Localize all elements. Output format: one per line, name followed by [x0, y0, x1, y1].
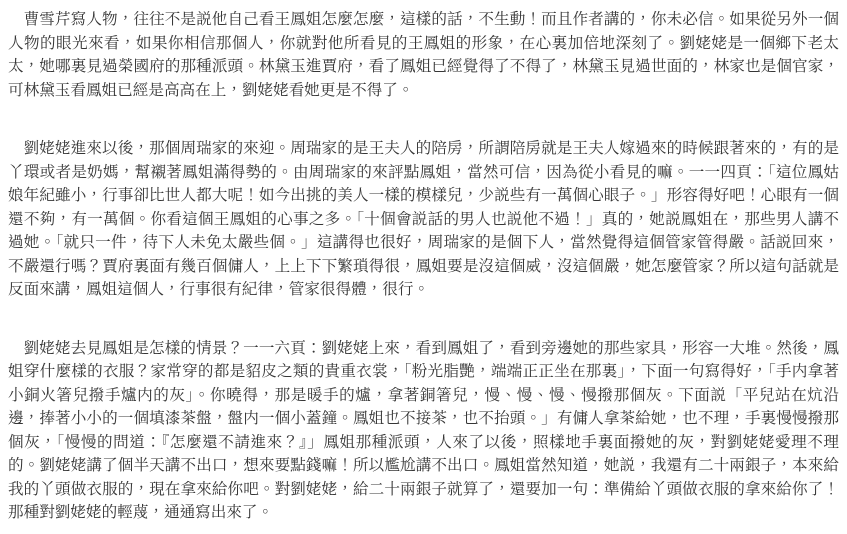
paragraph-2: 劉姥姥進來以後，那個周瑞家的來迎。周瑞家的是王夫人的陪房，所謂陪房就是王夫人嫁過…: [8, 137, 839, 302]
paragraph-3: 劉姥姥去見鳳姐是怎樣的情景？一一六頁：劉姥姥上來，看到鳳姐了，看到旁邊她的那些家…: [8, 337, 839, 525]
document-page: 曹雪芹寫人物，往往不是説他自己看王鳳姐怎麼怎麼，這樣的話，不生動！而且作者講的，…: [8, 8, 839, 525]
paragraph-1: 曹雪芹寫人物，往往不是説他自己看王鳳姐怎麼怎麼，這樣的話，不生動！而且作者講的，…: [8, 8, 839, 102]
document-body: { "page": { "background_color": "#ffffff…: [8, 8, 839, 525]
